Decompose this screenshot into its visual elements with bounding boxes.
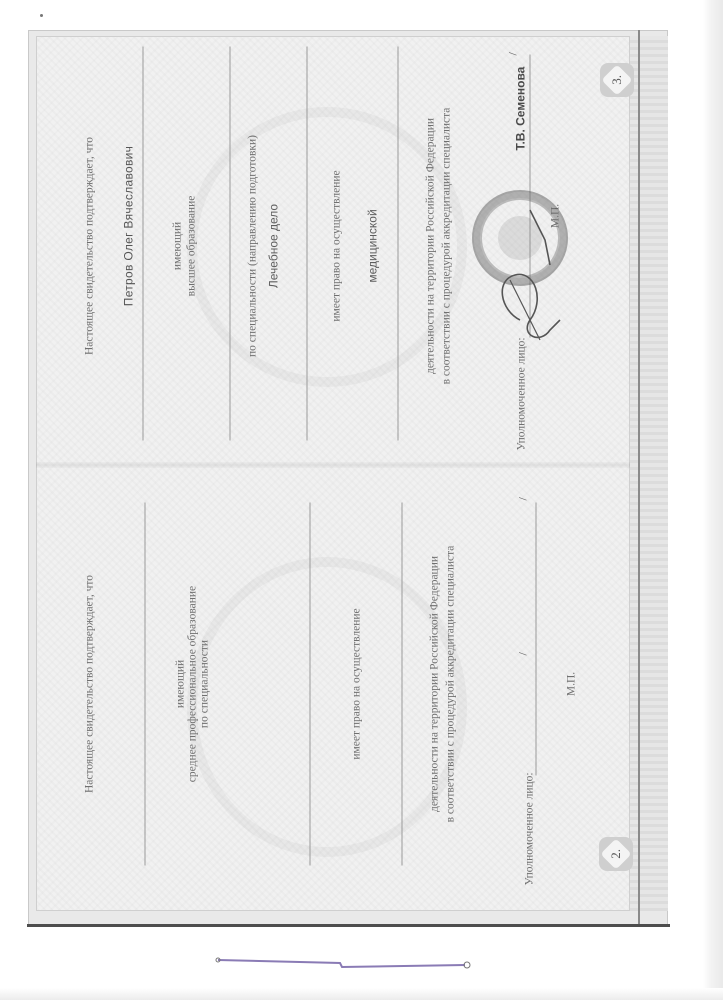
divider — [307, 47, 308, 441]
scan-edge-bottom — [0, 988, 723, 1000]
page-number: 2. — [608, 849, 624, 859]
page-number-badge: 3. — [600, 63, 634, 97]
slash-mark: / — [516, 652, 531, 655]
doc-border — [638, 30, 640, 925]
guilloche-border — [630, 36, 668, 911]
intro-text: Настоящее свидетельство подтверждает, чт… — [84, 37, 97, 456]
page-2: Настоящее свидетельство подтверждает, чт… — [36, 463, 620, 906]
divider — [143, 47, 144, 441]
education-value: высшее образование — [186, 37, 199, 456]
signature-icon — [490, 170, 580, 360]
right-label: имеет право на осуществление — [351, 463, 364, 906]
slash-mark: / — [516, 497, 531, 500]
specialty-value: Лечебное дело — [268, 37, 281, 456]
seal-label: М.П. — [566, 463, 579, 906]
page-number: 3. — [609, 75, 625, 85]
activity-value: медицинской — [367, 37, 380, 456]
page-number-badge: 2. — [599, 837, 633, 871]
pen-mark — [215, 955, 475, 975]
holder-name: Петров Олег Вячеславович — [123, 37, 136, 416]
education-line: по специальности — [199, 463, 212, 906]
activity-line: в соответствии с процедурой аккредитации… — [441, 37, 454, 456]
specialty-label: по специальности (направлению подготовки… — [247, 37, 260, 456]
slash-mark: / — [506, 52, 521, 55]
scan-edge — [703, 0, 723, 1000]
divider — [402, 503, 403, 866]
activity-line: в соответствии с процедурой аккредитации… — [445, 463, 458, 906]
divider — [230, 47, 231, 441]
activity-line: деятельности на территории Российской Фе… — [425, 37, 438, 456]
scan-speck — [40, 14, 43, 17]
divider — [310, 503, 311, 866]
intro-text: Настоящее свидетельство подтверждает, чт… — [84, 463, 97, 906]
divider — [145, 503, 146, 866]
right-label: имеет право на осуществление — [331, 37, 344, 456]
doc-border-bottom — [27, 924, 670, 927]
divider — [398, 47, 399, 441]
activity-line: деятельности на территории Российской Фе… — [429, 463, 442, 906]
signature-line — [536, 503, 537, 776]
education-line: имеющий — [172, 37, 185, 456]
